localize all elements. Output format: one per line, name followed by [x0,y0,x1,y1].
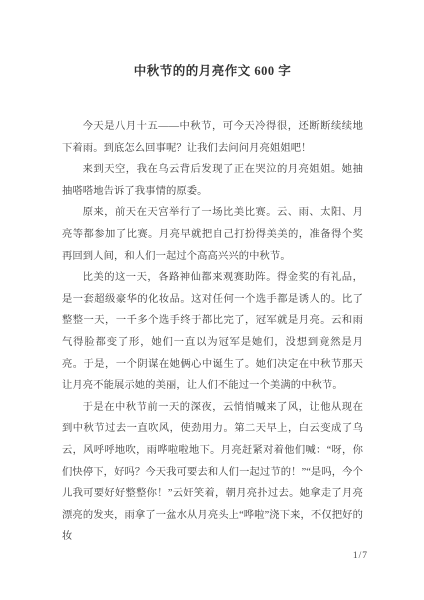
page-number: 1/7 [353,551,368,561]
essay-paragraph: 原来，前天在天宫举行了一场比美比赛。云、雨、太阳、月亮等都参加了比赛。月亮早就把… [62,202,363,267]
essay-paragraph: 来到天空，我在乌云背后发现了正在哭泣的月亮姐姐。她抽抽嗒嗒地告诉了我事情的原委。 [62,159,363,202]
essay-paragraph: 今天是八月十五——中秋节，可今天冷得很，还断断续续地下着雨。到底怎么回事呢？让我… [62,116,363,159]
essay-title: 中秋节的的月亮作文 600 字 [62,63,363,80]
essay-paragraph: 比美的这一天，各路神仙都来观赛助阵。得金奖的有礼品，是一套超级豪华的化妆品。这对… [62,267,363,397]
document-page: 中秋节的的月亮作文 600 字 今天是八月十五——中秋节，可今天冷得很，还断断续… [0,0,424,600]
essay-paragraph: 于是在中秋节前一天的深夜，云悄悄喊来了风，让他从现在到中秋节过去一直吹风，使劲用… [62,397,363,548]
essay-body: 今天是八月十五——中秋节，可今天冷得很，还断断续续地下着雨。到底怎么回事呢？让我… [62,116,363,548]
page-content: 中秋节的的月亮作文 600 字 今天是八月十五——中秋节，可今天冷得很，还断断续… [62,63,363,548]
